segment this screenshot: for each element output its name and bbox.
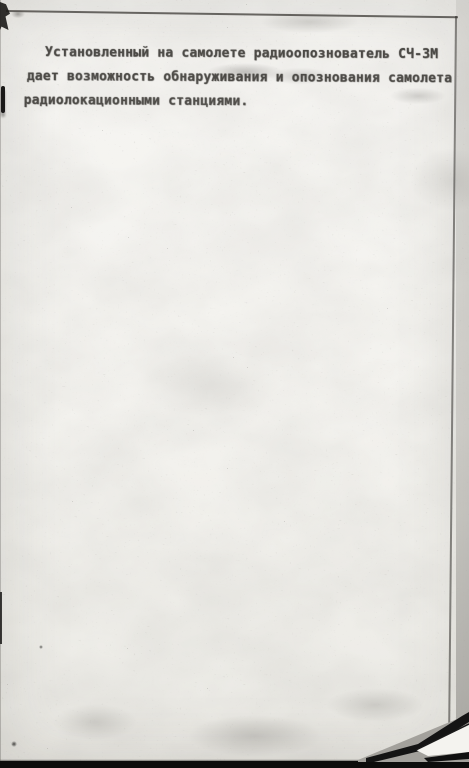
scan-noise-texture xyxy=(0,0,469,768)
typewritten-paragraph: Установленный на самолете радиоопозноват… xyxy=(25,41,459,115)
scan-blotches xyxy=(0,0,469,768)
scan-bottom-edge xyxy=(0,761,469,768)
page-corner-fold xyxy=(358,688,469,768)
typewritten-line: дает возможность обнаруживания и опознов… xyxy=(27,65,459,91)
typewritten-line: радиолокационными станциями. xyxy=(24,89,459,115)
scan-left-edge-line xyxy=(0,592,2,644)
scan-left-ink-mark xyxy=(1,86,5,113)
scan-top-left-corner-mark xyxy=(0,2,10,30)
page-border-top-line xyxy=(6,10,458,18)
scan-left-edge-hairline xyxy=(0,0,1,768)
scan-right-edge-band xyxy=(456,0,469,768)
scanned-document-page: Установленный на самолете радиоопозноват… xyxy=(0,0,469,768)
typewritten-line: Установленный на самолете радиоопозноват… xyxy=(25,41,459,67)
